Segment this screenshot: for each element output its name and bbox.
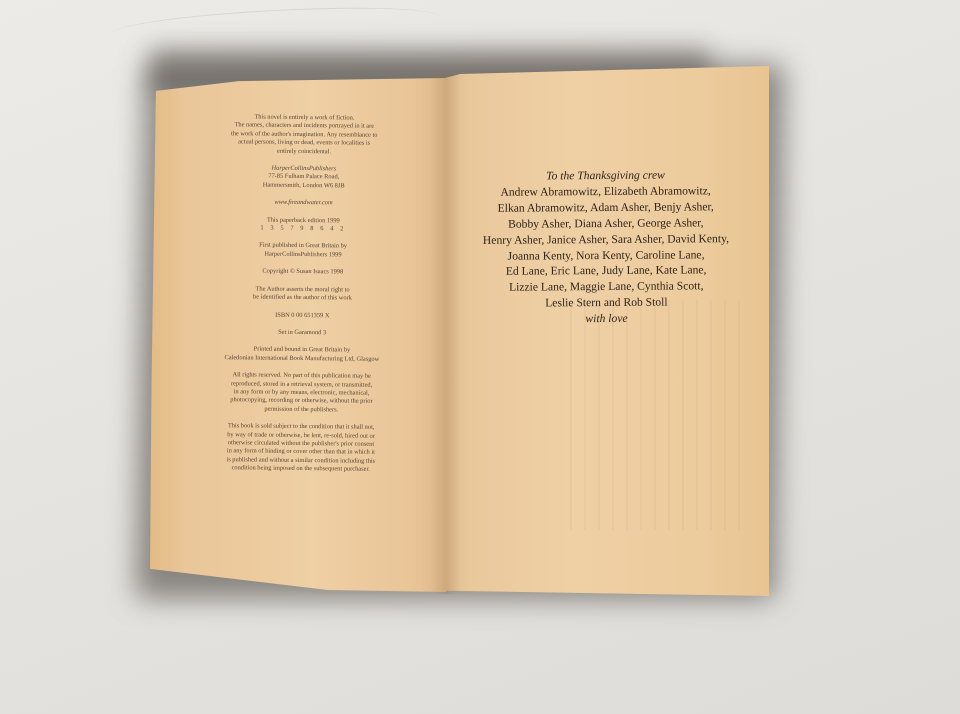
publisher-website: www.fireandwater.com bbox=[201, 198, 406, 209]
surface-mark bbox=[109, 1, 440, 49]
text-line: be identified as the author of this work bbox=[200, 293, 405, 304]
text-line: Hammersmith, London W6 8JB bbox=[201, 181, 406, 192]
text-line: HarperCollinsPublishers 1999 bbox=[200, 250, 405, 261]
text-line: ISBN 0 00 651359 X bbox=[200, 310, 405, 321]
dedication-name-line: Joanna Kenty, Nora Kenty, Caroline Lane, bbox=[468, 247, 744, 265]
sale-condition: This book is sold subject to the conditi… bbox=[198, 422, 404, 475]
text-line: www.fireandwater.com bbox=[201, 198, 406, 209]
fiction-disclaimer: This novel is entirely a work of fiction… bbox=[201, 113, 406, 157]
dedication-name-line: Ed Lane, Eric Lane, Judy Lane, Kate Lane… bbox=[468, 262, 744, 280]
printer-key: 1 3 5 7 9 8 6 4 2 bbox=[201, 224, 406, 235]
dedication-closing: with love bbox=[468, 310, 744, 328]
edition-info: This paperback edition 1999 1 3 5 7 9 8 … bbox=[201, 216, 406, 235]
dedication-name-line: Leslie Stern and Rob Stoll bbox=[468, 294, 744, 312]
moral-rights: The Author asserts the moral right to be… bbox=[200, 285, 405, 304]
text-line: permission of the publishers. bbox=[199, 405, 404, 416]
text-line: Copyright © Susan Isaacs 1998 bbox=[200, 267, 405, 278]
dedication-name-line: Andrew Abramowitz, Elizabeth Abramowitz, bbox=[468, 183, 744, 201]
text-line: entirely coincidental. bbox=[201, 147, 406, 158]
dedication-name-line: Elkan Abramowitz, Adam Asher, Benjy Ashe… bbox=[468, 199, 744, 217]
copyright-page-text: This novel is entirely a work of fiction… bbox=[198, 113, 407, 484]
typeface: Set in Garamond 3 bbox=[200, 328, 405, 339]
text-line: Set in Garamond 3 bbox=[200, 328, 405, 339]
dedication-name-line: Lizzie Lane, Maggie Lane, Cynthia Scott, bbox=[468, 278, 744, 296]
book-gutter bbox=[430, 74, 460, 594]
dedication-name-line: Bobby Asher, Diana Asher, George Asher, bbox=[468, 215, 744, 233]
dedication: To the Thanksgiving crew Andrew Abramowi… bbox=[467, 167, 744, 328]
dedication-name-line: Henry Asher, Janice Asher, Sara Asher, D… bbox=[468, 231, 744, 249]
text-line: Caledonian International Book Manufactur… bbox=[199, 354, 404, 365]
show-through-text bbox=[570, 300, 740, 530]
printer-info: Printed and bound in Great Britain by Ca… bbox=[199, 345, 404, 364]
rights-reserved: All rights reserved. No part of this pub… bbox=[199, 371, 404, 415]
publisher-address: HarperCollinsPublishers 77-85 Fulham Pal… bbox=[201, 164, 406, 191]
copyright-notice: Copyright © Susan Isaacs 1998 bbox=[200, 267, 405, 278]
first-published: First published in Great Britain by Harp… bbox=[200, 241, 405, 260]
dedication-heading: To the Thanksgiving crew bbox=[467, 167, 743, 185]
isbn: ISBN 0 00 651359 X bbox=[200, 310, 405, 321]
